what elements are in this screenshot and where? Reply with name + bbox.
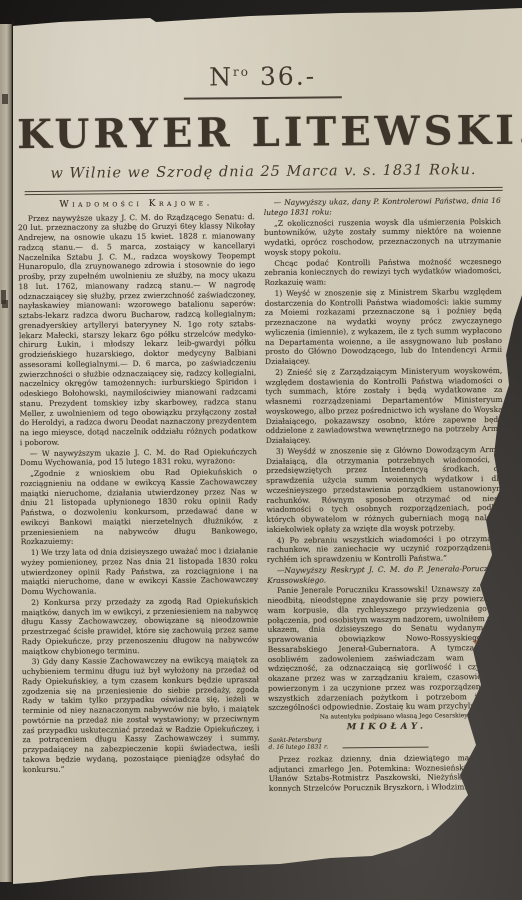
reskrypt-heading: —Naywyższy Reskrypt J. C. M. do P. Jener… xyxy=(267,564,504,586)
left-paragraph-ukaz-rad: — W naywyższym ukazie J. C. M. do Rad Op… xyxy=(20,447,257,469)
left-paragraph-zgodnie: „Zgodnie z wnioskiem obu Rad Opiekuńskic… xyxy=(20,467,258,547)
right-item-2: 2) Znieść się z Zarządzaiącym Ministeryu… xyxy=(265,366,503,446)
right-paragraph-rozkaz-dzienny: Przez rozkaz dzienny, dnia dziewiątego m… xyxy=(269,753,506,794)
place-date: d. 16 lutego 1831 r. xyxy=(268,744,328,752)
newspaper-page: Nro 36.- KURYER LITEWSKI. w Wilnie we Sz… xyxy=(0,0,522,900)
issue-superscript: ro xyxy=(233,65,250,79)
right-item-4: 4) Po zebraniu wszystkich wiadomości i p… xyxy=(267,533,504,564)
newspaper-title: KURYER LITEWSKI. xyxy=(17,106,509,157)
edge-ink-mark xyxy=(2,300,8,308)
edge-ink-mark xyxy=(2,94,8,104)
masthead: Nro 36.- KURYER LITEWSKI. w Wilnie we Sz… xyxy=(17,60,510,195)
issue-value: 36.- xyxy=(250,62,316,92)
left-item-1: 1) We trzy lata od dnia dzisieyszego uwa… xyxy=(21,546,258,597)
right-column: — Naywyższy ukaz, dany P. Kontrolerowi P… xyxy=(264,196,506,816)
left-item-3: 3) Gdy dany Kassie Zachowawczey na ewikc… xyxy=(22,655,260,774)
left-item-2: 2) Konkursa przy przedaży za zgodą Rad O… xyxy=(21,596,259,657)
section-divider-rule xyxy=(342,746,428,748)
place-date-row: Sankt-Petersburg d. 16 lutego 1831 r. xyxy=(268,735,505,752)
dateline: w Wilnie we Szrodę dnia 25 Marca v. s. 1… xyxy=(17,161,509,181)
issue-prefix: N xyxy=(209,62,233,91)
masthead-rule-double xyxy=(25,186,503,195)
signature-note: Na autentyku podpisano własną Jego Cesar… xyxy=(268,712,505,722)
left-paragraph-ukazy: Przez naywyższe ukazy J. C. M. do Rządzą… xyxy=(18,212,257,448)
right-paragraph-ukaz-kontroler: — Naywyższy ukaz, dany P. Kontrolerowi P… xyxy=(264,196,501,218)
right-paragraph-okolicznosci: „Z okoliczności ruszenia woysk dla uśmie… xyxy=(264,216,501,257)
issue-number: Nro 36.- xyxy=(17,60,509,93)
page-content: Nro 36.- KURYER LITEWSKI. w Wilnie we Sz… xyxy=(16,0,515,818)
right-item-1: 1) Weyść w znoszenie się z Ministrem Ska… xyxy=(265,287,503,367)
scanned-page-background: Nro 36.- KURYER LITEWSKI. w Wilnie we Sz… xyxy=(0,0,522,900)
signature-name: MIKOŁAY. xyxy=(268,721,505,734)
left-column: Wiadomości Krajowe. Przez naywyższe ukaz… xyxy=(18,198,260,818)
section-heading-domestic-news: Wiadomości Krajowe. xyxy=(18,198,255,212)
article-columns: Wiadomości Krajowe. Przez naywyższe ukaz… xyxy=(18,196,515,818)
right-item-3: 3) Weyśdź w znoszenie się z Główno Dowod… xyxy=(266,445,504,535)
place-date-block: Sankt-Petersburg d. 16 lutego 1831 r. xyxy=(268,736,328,752)
masthead-rule-small xyxy=(184,96,342,99)
reskrypt-body: Panie Jenerale Poruczniku Krassowski! Uz… xyxy=(267,584,505,713)
right-paragraph-chcac: Chcąc podać Kontrolli Państwa możność wc… xyxy=(264,256,501,287)
